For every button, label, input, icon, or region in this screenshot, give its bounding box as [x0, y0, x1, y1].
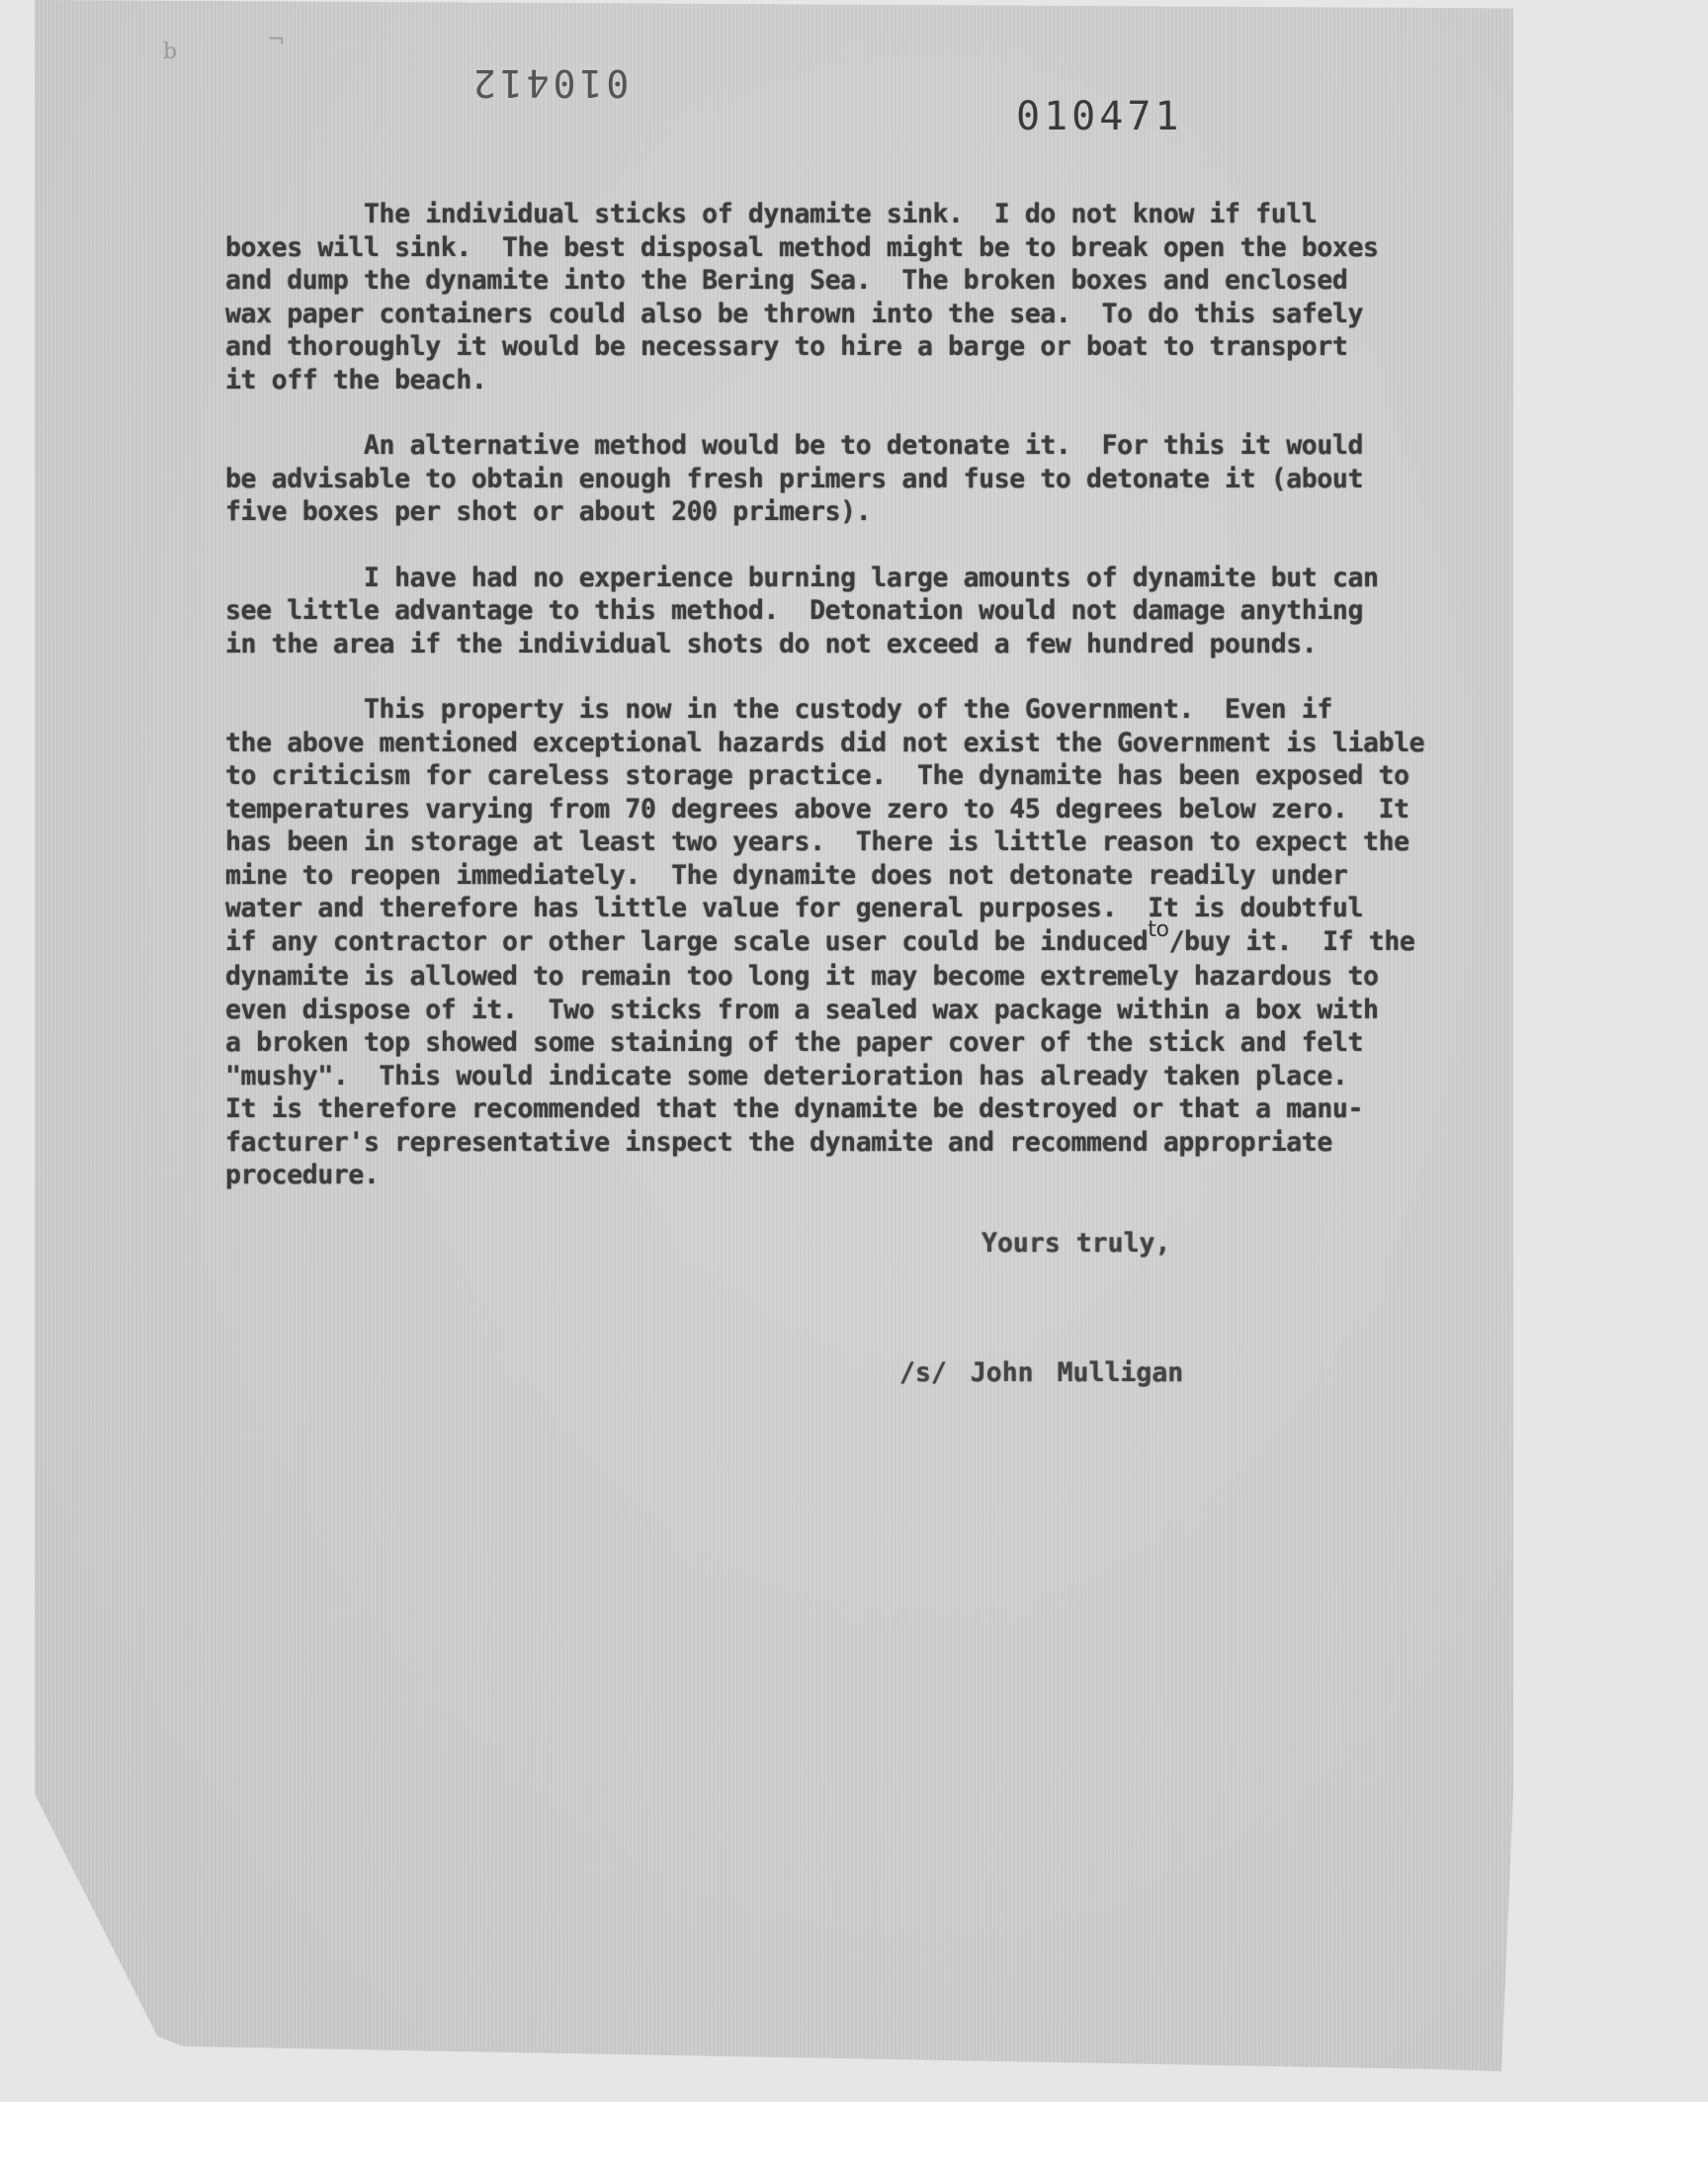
text-line: facturer's representative inspect the dy…	[225, 1127, 1332, 1158]
text-line: I have had no experience burning large a…	[225, 563, 1379, 593]
text-line: see little advantage to this method. Det…	[225, 595, 1363, 626]
pencil-mark: ¬	[267, 28, 285, 52]
handwritten-insertion: to	[1148, 917, 1168, 942]
archive-stamp: 010471	[1016, 94, 1183, 139]
paragraph-burning: I have had no experience burning large a…	[225, 562, 1510, 661]
text-line: temperatures varying from 70 degrees abo…	[225, 794, 1409, 825]
text-line: in the area if the individual shots do n…	[225, 629, 1317, 659]
text-line: This property is now in the custody of t…	[225, 694, 1332, 725]
text-line: procedure.	[225, 1160, 380, 1190]
text-line: be advisable to obtain enough fresh prim…	[225, 464, 1363, 494]
paragraph-detonation: An alternative method would be to detona…	[225, 429, 1510, 529]
text-line: "mushy". This would indicate some deteri…	[225, 1061, 1347, 1091]
archive-stamp-inverted: 010412	[470, 61, 629, 105]
text-line: it off the beach.	[225, 365, 486, 395]
letter-body: The individual sticks of dynamite sink. …	[225, 198, 1510, 1225]
text-line: The individual sticks of dynamite sink. …	[225, 199, 1317, 229]
text-line: dynamite is allowed to remain too long i…	[225, 961, 1379, 992]
text-line: has been in storage at least two years. …	[225, 826, 1409, 857]
text-line: boxes will sink. The best disposal metho…	[225, 232, 1379, 263]
text-line: and dump the dynamite into the Bering Se…	[225, 265, 1347, 296]
closing-salutation: Yours truly,	[982, 1228, 1170, 1259]
text-line: to criticism for careless storage practi…	[225, 760, 1409, 791]
text-line: An alternative method would be to detona…	[225, 430, 1363, 461]
text-line: five boxes per shot or about 200 primers…	[225, 496, 871, 527]
text-line: and thoroughly it would be necessary to …	[225, 331, 1347, 362]
text-line: water and therefore has little value for…	[225, 893, 1363, 923]
text-line: /buy it. If the	[1169, 926, 1415, 957]
signature-line: /s/ John Mulligan	[899, 1357, 1183, 1388]
text-line: even dispose of it. Two sticks from a se…	[225, 995, 1379, 1025]
text-line: wax paper containers could also be throw…	[225, 299, 1363, 329]
pencil-mark: b	[163, 40, 177, 64]
text-line: It is therefore recommended that the dyn…	[225, 1093, 1363, 1124]
text-line: the above mentioned exceptional hazards …	[225, 728, 1424, 758]
text-line: mine to reopen immediately. The dynamite…	[225, 860, 1347, 891]
text-line: a broken top showed some staining of the…	[225, 1027, 1363, 1058]
paragraph-custody: This property is now in the custody of t…	[225, 693, 1510, 1192]
text-line: if any contractor or other large scale u…	[225, 926, 1148, 957]
paragraph-disposal: The individual sticks of dynamite sink. …	[225, 198, 1510, 396]
